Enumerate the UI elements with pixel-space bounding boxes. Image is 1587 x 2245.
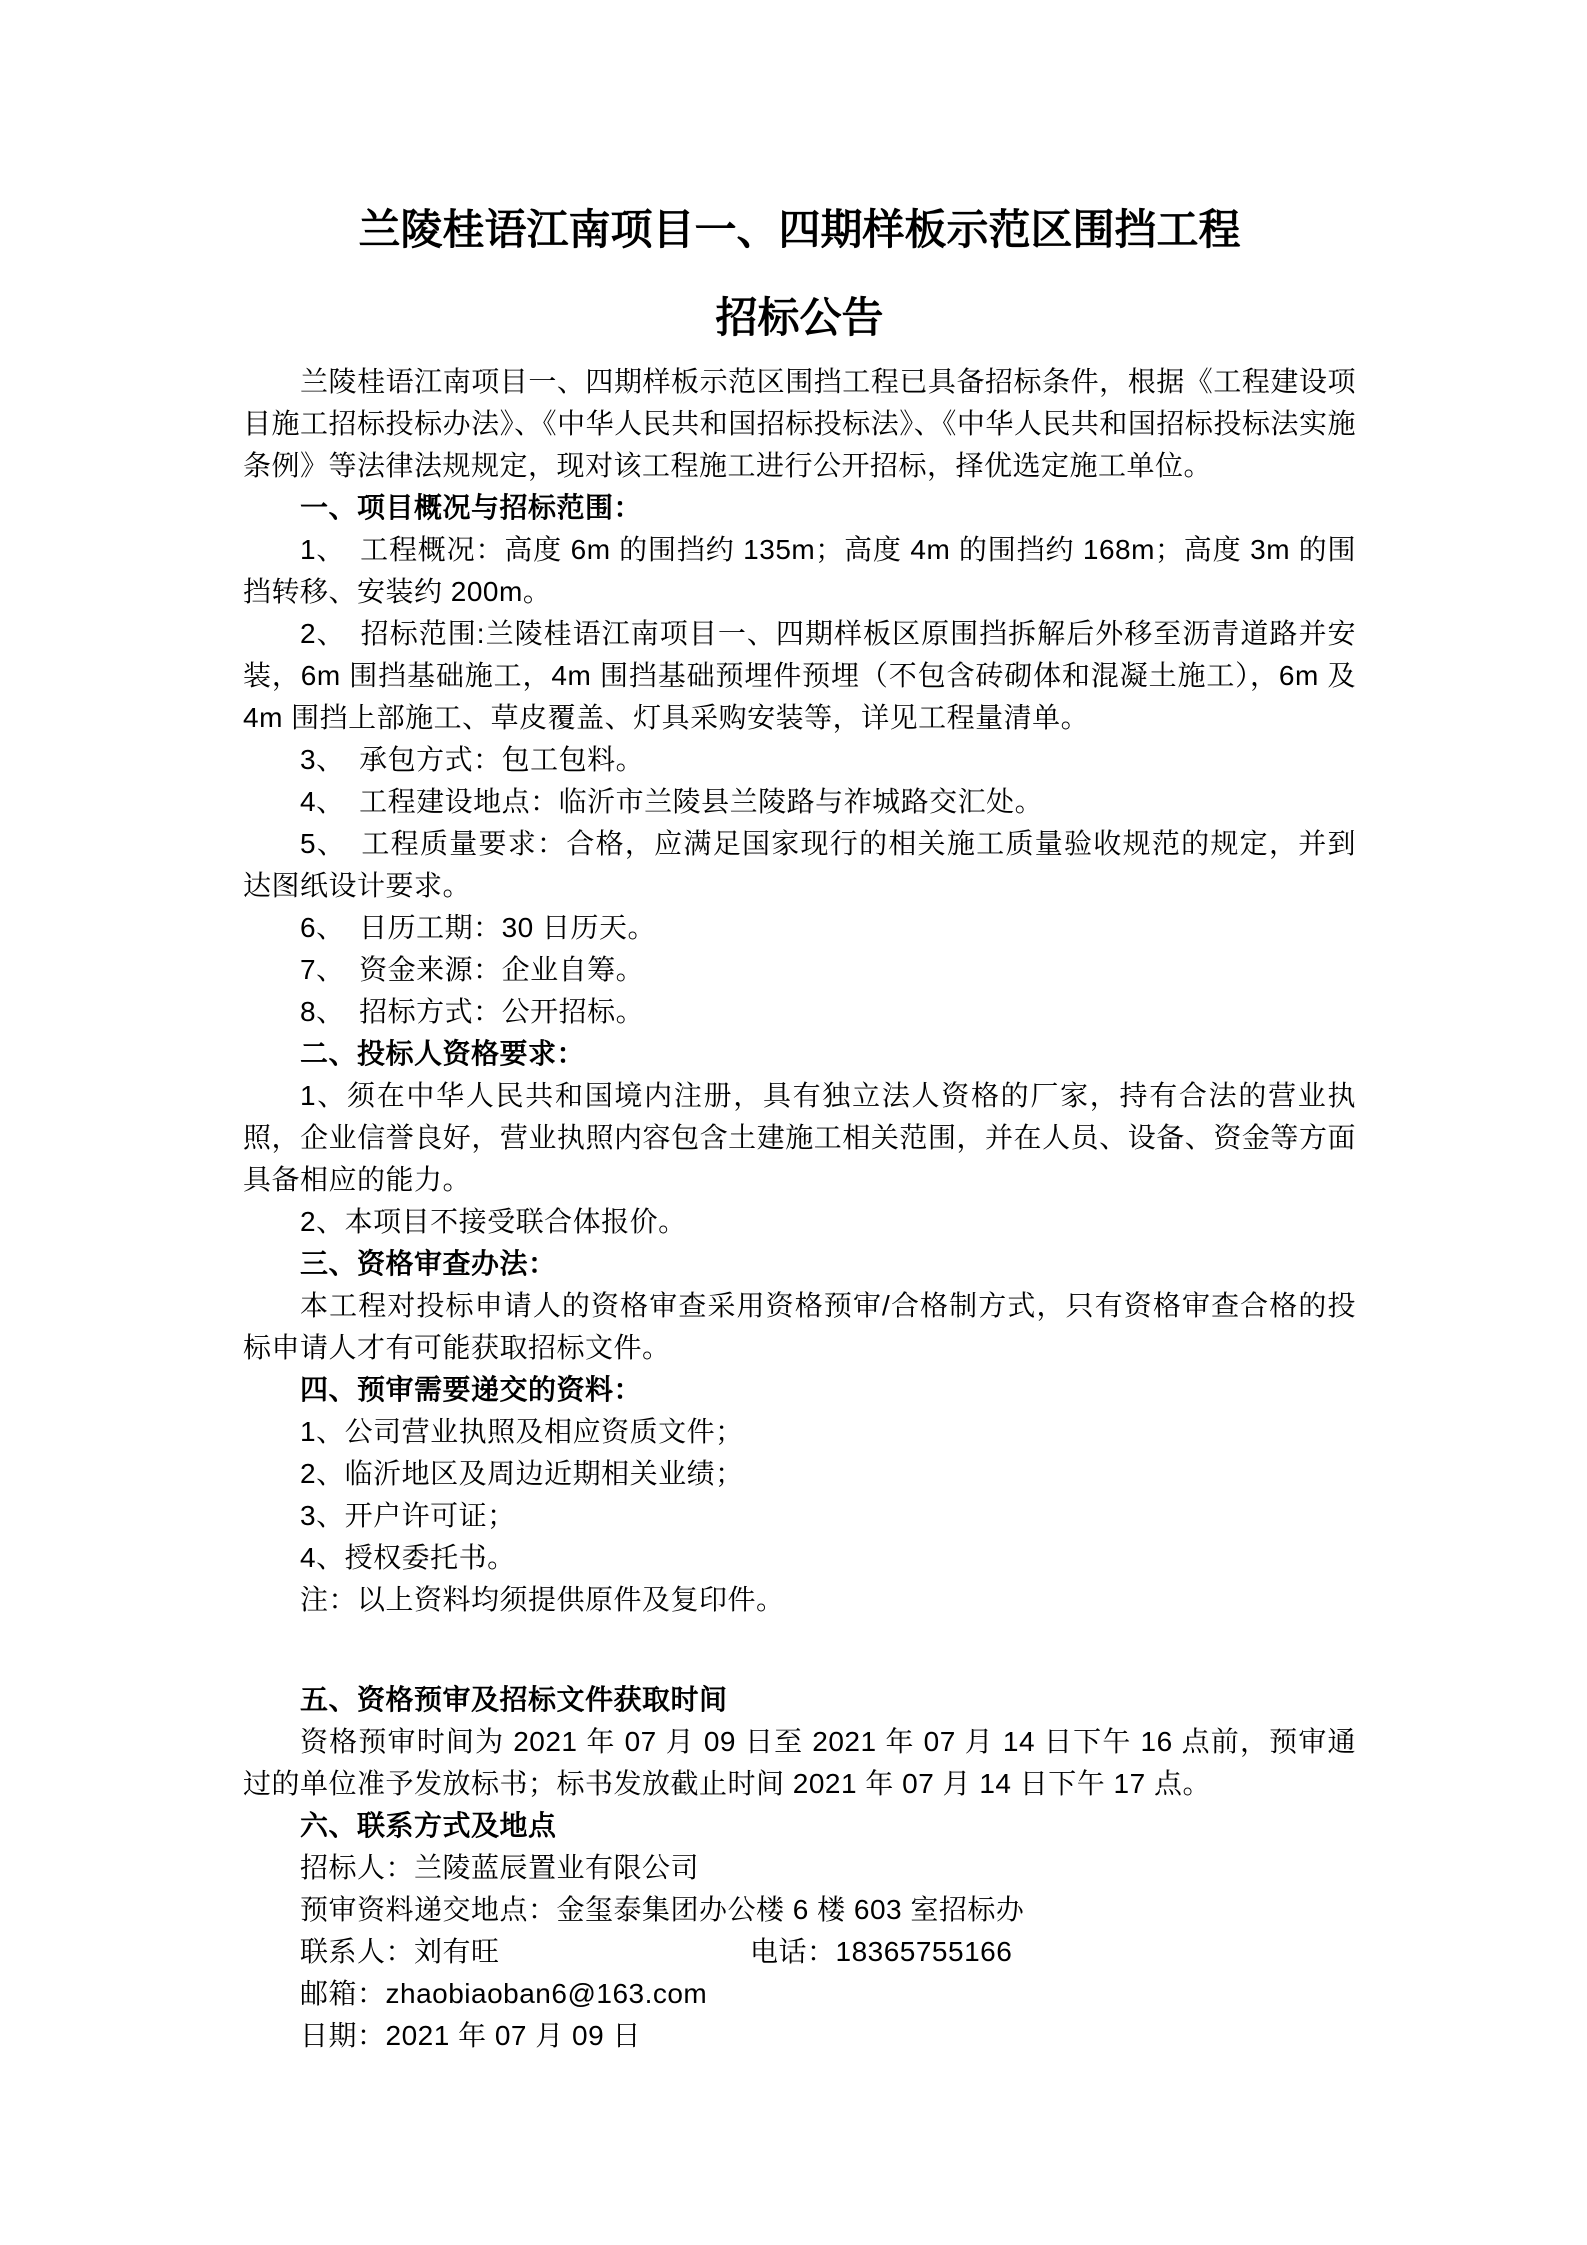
paragraph: 日期：2021 年 07 月 09 日	[243, 2015, 1356, 2057]
contact-person: 联系人：刘有旺	[300, 1936, 500, 1967]
paragraph: 资格预审时间为 2021 年 07 月 09 日至 2021 年 07 月 14…	[243, 1721, 1356, 1805]
paragraph: 预审资料递交地点：金玺泰集团办公楼 6 楼 603 室招标办	[243, 1889, 1356, 1931]
paragraph: 6、 日历工期：30 日历天。	[243, 907, 1356, 949]
paragraph: 招标人：兰陵蓝辰置业有限公司	[243, 1847, 1356, 1889]
paragraph: 2、临沂地区及周边近期相关业绩；	[243, 1453, 1356, 1495]
paragraph: 1、须在中华人民共和国境内注册，具有独立法人资格的厂家，持有合法的营业执照，企业…	[243, 1075, 1356, 1201]
paragraph: 注：以上资料均须提供原件及复印件。	[243, 1579, 1356, 1621]
paragraph: 4、授权委托书。	[243, 1537, 1356, 1579]
section-heading: 一、项目概况与招标范围：	[243, 487, 1356, 529]
document-content: 兰陵桂语江南项目一、四期样板示范区围挡工程 招标公告 兰陵桂语江南项目一、四期样…	[243, 205, 1356, 2057]
section-heading: 五、资格预审及招标文件获取时间	[243, 1679, 1356, 1721]
blank-line	[243, 1637, 1356, 1663]
section-heading: 六、联系方式及地点	[243, 1805, 1356, 1847]
paragraph: 5、 工程质量要求：合格，应满足国家现行的相关施工质量验收规范的规定，并到达图纸…	[243, 823, 1356, 907]
section-heading: 三、资格审查办法：	[243, 1243, 1356, 1285]
paragraph: 8、 招标方式：公开招标。	[243, 991, 1356, 1033]
contact-phone: 电话：18365755166	[750, 1931, 1012, 1973]
section-heading: 二、投标人资格要求：	[243, 1033, 1356, 1075]
paragraph: 2、 招标范围:兰陵桂语江南项目一、四期样板区原围挡拆解后外移至沥青道路并安装，…	[243, 613, 1356, 739]
paragraph: 本工程对投标申请人的资格审查采用资格预审/合格制方式，只有资格审查合格的投标申请…	[243, 1285, 1356, 1369]
paragraph: 2、本项目不接受联合体报价。	[243, 1201, 1356, 1243]
document-title: 兰陵桂语江南项目一、四期样板示范区围挡工程	[243, 205, 1356, 255]
paragraph: 1、公司营业执照及相应资质文件；	[243, 1411, 1356, 1453]
paragraph: 3、 承包方式：包工包料。	[243, 739, 1356, 781]
document-subtitle: 招标公告	[243, 295, 1356, 341]
contact-line: 联系人：刘有旺电话：18365755166	[243, 1931, 1356, 1973]
paragraph: 兰陵桂语江南项目一、四期样板示范区围挡工程已具备招标条件，根据《工程建设项目施工…	[243, 361, 1356, 487]
paragraph: 1、 工程概况：高度 6m 的围挡约 135m；高度 4m 的围挡约 168m；…	[243, 529, 1356, 613]
paragraph: 7、 资金来源：企业自筹。	[243, 949, 1356, 991]
paragraph: 4、 工程建设地点：临沂市兰陵县兰陵路与祚城路交汇处。	[243, 781, 1356, 823]
document-page: 兰陵桂语江南项目一、四期样板示范区围挡工程 招标公告 兰陵桂语江南项目一、四期样…	[0, 0, 1587, 2245]
paragraph: 邮箱：zhaobiaoban6@163.com	[243, 1973, 1356, 2015]
document-body: 兰陵桂语江南项目一、四期样板示范区围挡工程已具备招标条件，根据《工程建设项目施工…	[243, 361, 1356, 2057]
section-heading: 四、预审需要递交的资料：	[243, 1369, 1356, 1411]
paragraph: 3、开户许可证；	[243, 1495, 1356, 1537]
